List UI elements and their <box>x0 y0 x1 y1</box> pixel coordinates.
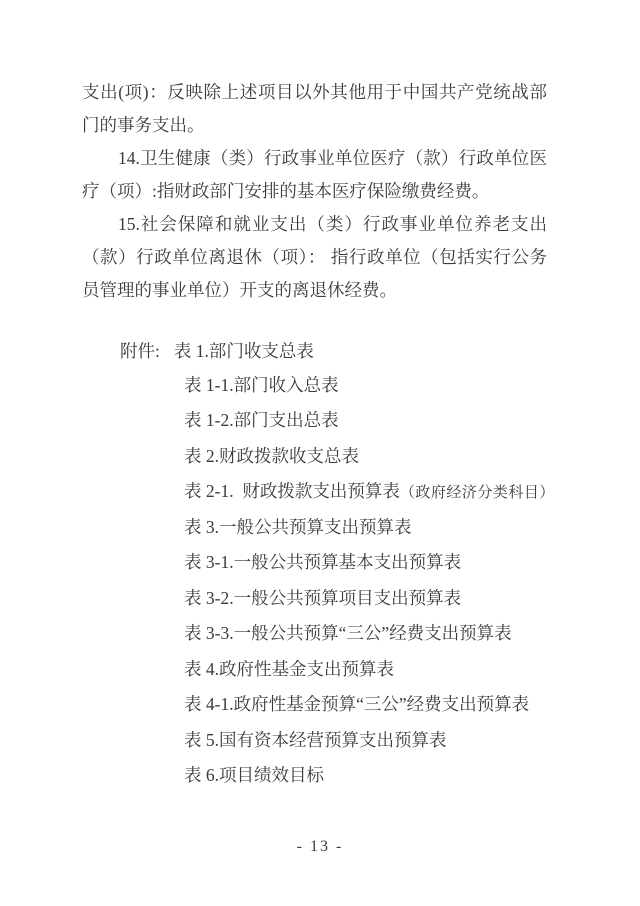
document-page: 支出(项)：反映除上述项目以外其他用于中国共产党统战部门的事务支出。 14.卫生… <box>0 0 640 906</box>
attachment-item: 表 5.国有资本经营预算支出预算表 <box>184 724 547 760</box>
page-number: - 13 - <box>0 838 640 856</box>
attachment-item: 表 3.一般公共预算支出预算表 <box>184 511 547 547</box>
paragraph-item-14: 14.卫生健康（类）行政事业单位医疗（款）行政单位医疗（项）:指财政部门安排的基… <box>82 142 547 208</box>
attachment-item: 表 4.政府性基金支出预算表 <box>184 653 547 689</box>
attachment-item-note: （政府经济分类科目） <box>400 485 555 501</box>
attachments-first-line: 附件:表 1.部门收支总表 <box>120 335 547 369</box>
attachment-item-text: 表 4-1.政府性基金预算“三公”经费支出预算表 <box>184 694 529 714</box>
attachment-item: 表 3-2.一般公共预算项目支出预算表 <box>184 582 547 618</box>
attachment-item-text: 表 3-3.一般公共预算“三公”经费支出预算表 <box>184 623 512 643</box>
attachment-item-text: 表 1-2.部门支出总表 <box>184 410 339 430</box>
paragraph-expenditure-item: 支出(项)：反映除上述项目以外其他用于中国共产党统战部门的事务支出。 <box>82 76 547 142</box>
attachment-item: 表 1.部门收支总表 <box>174 341 314 361</box>
attachment-item-text: 表 2.财政拨款收支总表 <box>184 446 359 466</box>
attachment-item: 表 1-2.部门支出总表 <box>184 404 547 440</box>
attachment-item-text: 表 4.政府性基金支出预算表 <box>184 659 394 679</box>
attachment-item-text: 表 3-2.一般公共预算项目支出预算表 <box>184 588 461 608</box>
attachments-list: 附件:表 1.部门收支总表 表 1-1.部门收入总表 表 1-2.部门支出总表 … <box>82 335 547 795</box>
attachment-item: 表 3-3.一般公共预算“三公”经费支出预算表 <box>184 617 547 653</box>
attachment-item-text: 表 5.国有资本经营预算支出预算表 <box>184 730 447 750</box>
attachment-item: 表 4-1.政府性基金预算“三公”经费支出预算表 <box>184 688 547 724</box>
attachment-item-text: 表 3-1.一般公共预算基本支出预算表 <box>184 552 461 572</box>
attachment-item: 表 3-1.一般公共预算基本支出预算表 <box>184 546 547 582</box>
attachment-item-text: 表 3.一般公共预算支出预算表 <box>184 517 412 537</box>
page-content: 支出(项)：反映除上述项目以外其他用于中国共产党统战部门的事务支出。 14.卫生… <box>82 76 547 795</box>
attachment-item: 表 6.项目绩效目标 <box>184 759 547 795</box>
attachment-item: 表 2-1. 财政拨款支出预算表（政府经济分类科目） <box>184 475 547 511</box>
attachment-item-text: 表 1-1.部门收入总表 <box>184 375 339 395</box>
attachments-label: 附件: <box>120 335 160 369</box>
paragraph-item-15: 15.社会保障和就业支出（类）行政事业单位养老支出（款）行政单位离退休（项）： … <box>82 208 547 307</box>
attachment-item: 表 1-1.部门收入总表 <box>184 369 547 405</box>
attachment-item-text: 表 6.项目绩效目标 <box>184 765 324 785</box>
attachment-item: 表 2.财政拨款收支总表 <box>184 440 547 476</box>
attachment-item-text: 表 2-1. 财政拨款支出预算表 <box>184 481 400 501</box>
